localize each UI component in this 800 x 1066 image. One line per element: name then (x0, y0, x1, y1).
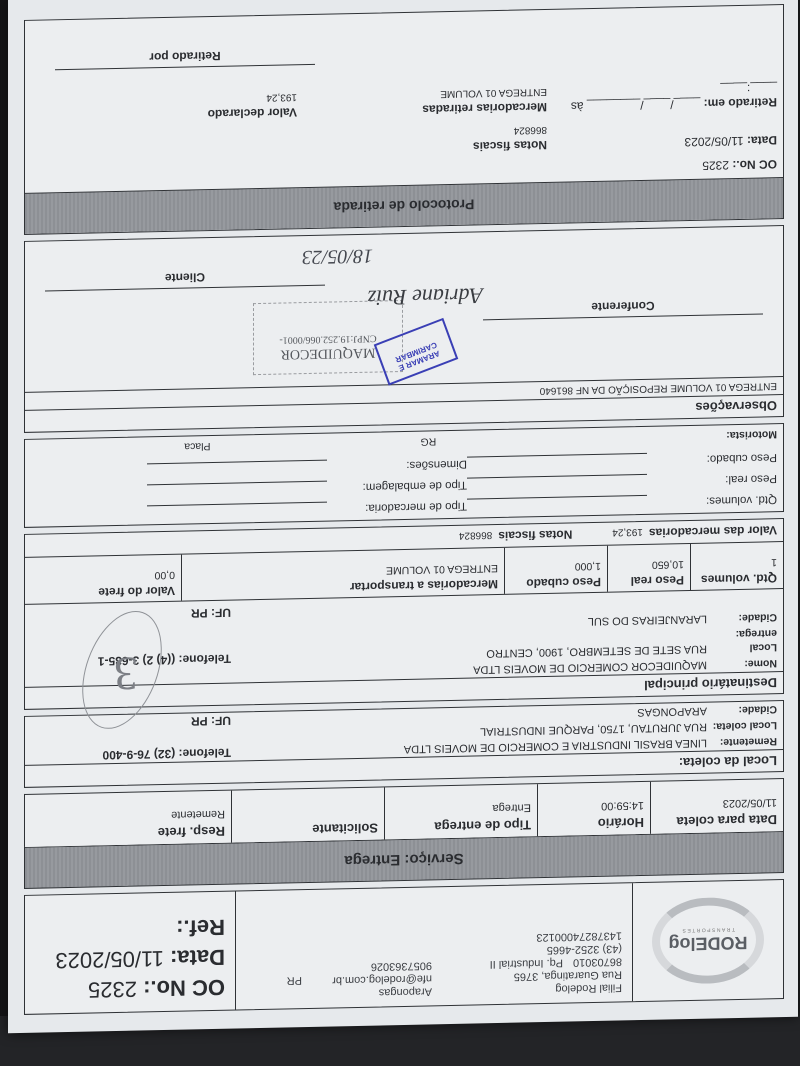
document-header: RODElog TRANSPORTES Filial Rodelog Rua G… (24, 879, 784, 1015)
branch-uf: PR (287, 973, 302, 986)
oc-number: 2325 (88, 977, 137, 1003)
checker-signature-line[interactable]: Conferente (483, 296, 763, 320)
real-weight-field[interactable] (467, 474, 647, 491)
branch-city: Arapongas (379, 984, 432, 998)
dimensions-field[interactable] (147, 460, 327, 477)
merch-type-field[interactable] (147, 502, 327, 519)
withdrawn-by-line[interactable]: Retirado por (55, 47, 315, 70)
pickup-phone: Telefone: (32) 76-9-400 (31, 746, 231, 764)
branch-email: nfe@rodelog.com.br (332, 971, 432, 986)
client-signature: Adriane Ruiz (368, 282, 484, 310)
handwritten-date: 18/05/23 (302, 244, 373, 268)
rodelog-logo: RODElog TRANSPORTES (652, 896, 764, 984)
qty-field[interactable] (467, 495, 647, 512)
order-date: 11/05/2023 (55, 946, 163, 973)
pickup-section: Local da coleta: Remetente:LINEA BRASIL … (24, 700, 784, 788)
merchandise-value: 193,24 (612, 526, 643, 538)
protocol-section: Protocolo de retirada OC No.: 2325 Data:… (24, 4, 784, 235)
pack-type-field[interactable] (147, 481, 327, 498)
invoice-number: 866824 (459, 529, 492, 541)
ref-label: Ref.: (176, 915, 225, 941)
branch-info: Filial Rodelog Rua Guaratinga, 3765 8670… (235, 883, 632, 1009)
handling-fields: Qtd. volumes:Tipo de mercadoria: Peso re… (24, 423, 784, 528)
shipping-document: RODElog TRANSPORTES Filial Rodelog Rua G… (8, 0, 798, 1033)
observations-section: Observações ENTREGA 01 VOLUME REPOSIÇÃO … (24, 225, 784, 433)
handwritten-number: 3 (114, 646, 138, 702)
cubed-weight-field[interactable] (467, 453, 647, 470)
order-info: OC No.: 2325 Data: 11/05/2023 Ref.: (25, 892, 235, 1014)
branch-ie: 9057363026 (371, 958, 432, 972)
